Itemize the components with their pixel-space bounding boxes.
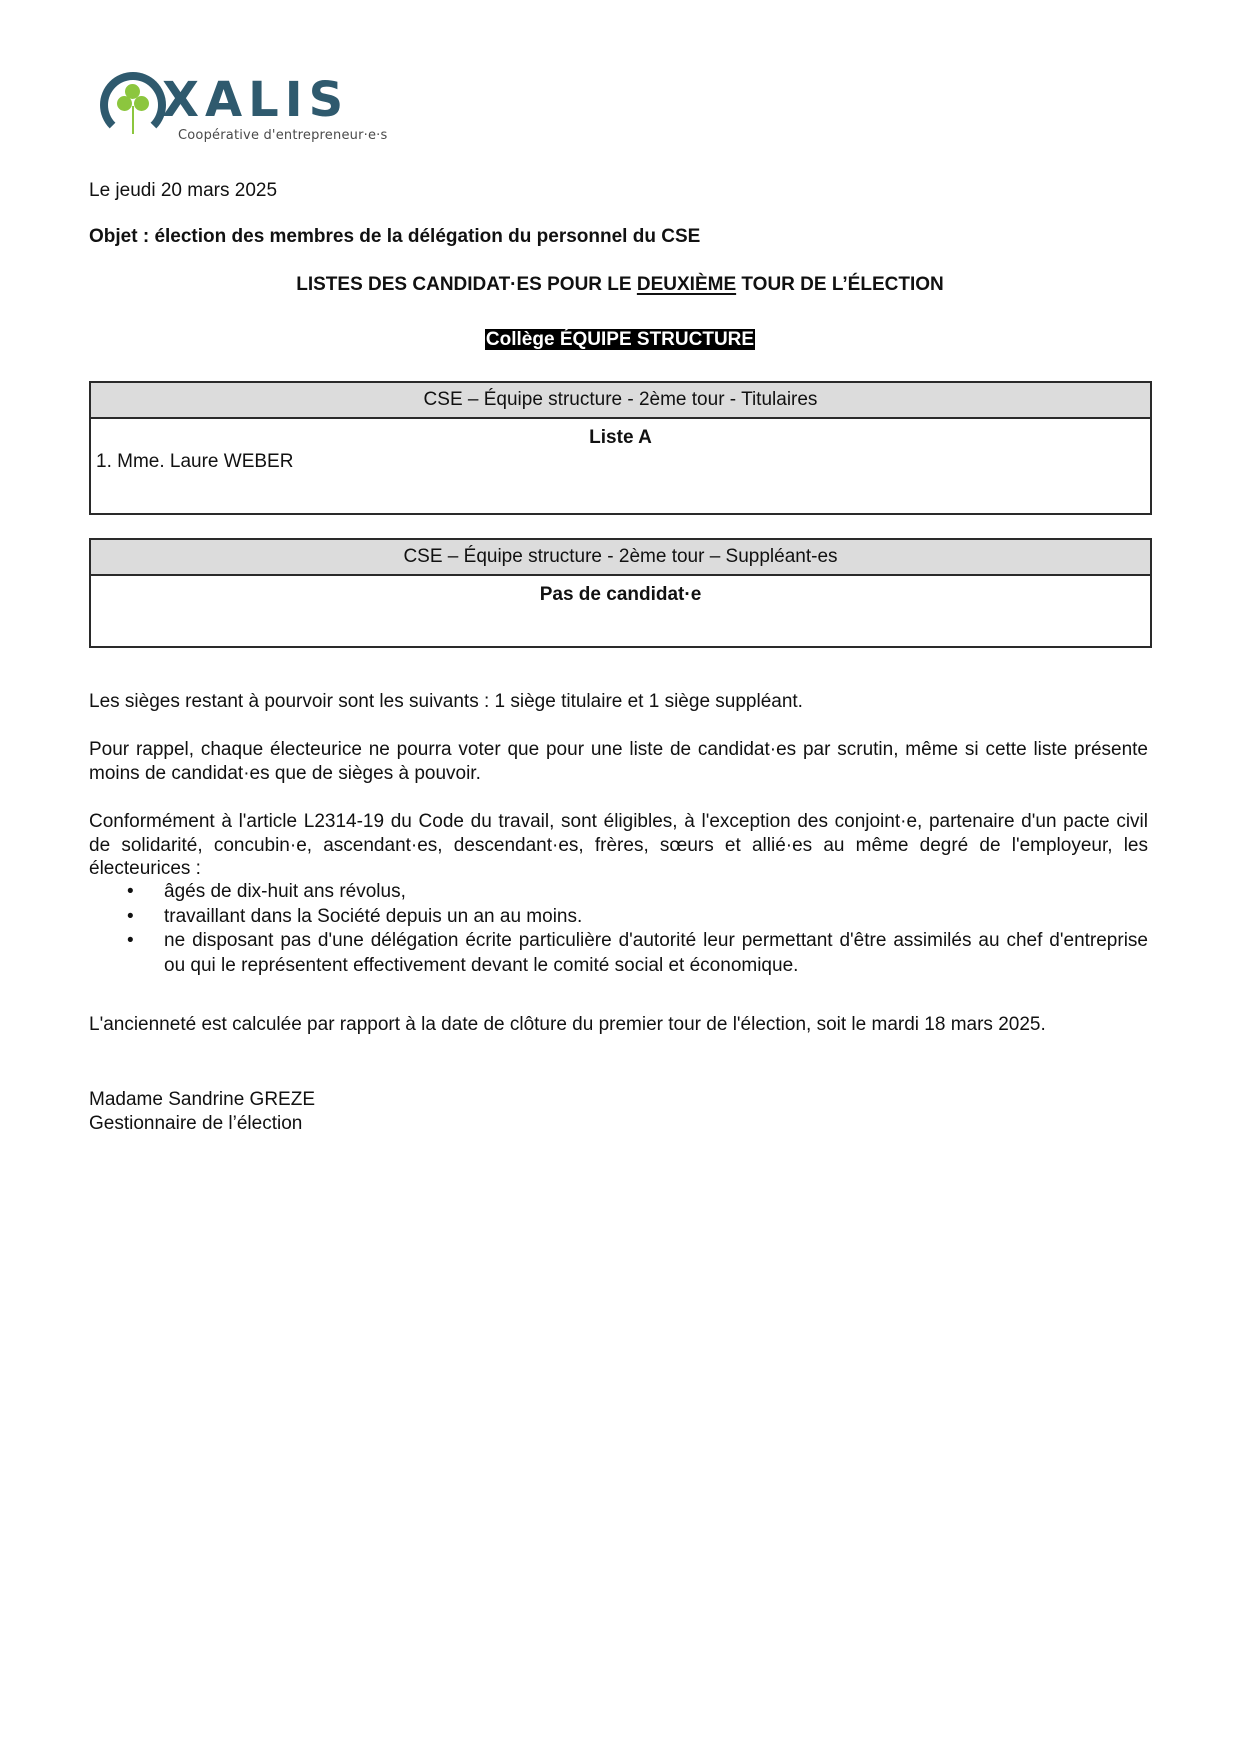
seniority-paragraph: L'ancienneté est calculée par rapport à … xyxy=(89,1013,1148,1037)
title-part-1: LISTES DES CANDIDAT·ES POUR LE xyxy=(296,274,637,295)
signatory-role: Gestionnaire de l’élection xyxy=(89,1112,1148,1136)
no-candidate-note: Pas de candidat·e xyxy=(91,584,1150,606)
suppleants-table: CSE – Équipe structure - 2ème tour – Sup… xyxy=(89,538,1152,648)
letter-date: Le jeudi 20 mars 2025 xyxy=(89,179,277,202)
list-item: •âgés de dix-huit ans révolus, xyxy=(89,880,1148,905)
document-title: LISTES DES CANDIDAT·ES POUR LE DEUXIÈME … xyxy=(0,273,1240,296)
titulaires-table: CSE – Équipe structure - 2ème tour - Tit… xyxy=(89,381,1152,515)
candidate-item: 1. Mme. Laure WEBER xyxy=(96,451,293,473)
logo-tagline: Coopérative d'entrepreneur·e·s xyxy=(178,128,387,143)
bullet-icon: • xyxy=(127,929,134,954)
table-header: CSE – Équipe structure - 2ème tour - Tit… xyxy=(91,383,1150,419)
list-item: •ne disposant pas d'une délégation écrit… xyxy=(89,929,1148,978)
eligibility-paragraph: Conformément à l'article L2314-19 du Cod… xyxy=(89,810,1148,881)
reminder-paragraph: Pour rappel, chaque électeurice ne pourr… xyxy=(89,738,1148,785)
list-item: •travaillant dans la Société depuis un a… xyxy=(89,905,1148,930)
title-underlined: DEUXIÈME xyxy=(637,274,736,295)
signatory-name: Madame Sandrine GREZE xyxy=(89,1088,1148,1112)
title-part-2: TOUR DE L’ÉLECTION xyxy=(736,274,944,295)
oxalis-logo: XALIS Coopérative d'entrepreneur·e·s xyxy=(98,68,388,148)
bullet-icon: • xyxy=(127,905,134,930)
seats-paragraph: Les sièges restant à pourvoir sont les s… xyxy=(89,690,1148,714)
letter-subject: Objet : élection des membres de la délég… xyxy=(89,225,700,248)
college-label: Collège ÉQUIPE STRUCTURE xyxy=(485,329,755,350)
eligibility-list: •âgés de dix-huit ans révolus, •travaill… xyxy=(89,880,1148,978)
table-header: CSE – Équipe structure - 2ème tour – Sup… xyxy=(91,540,1150,576)
logo-wordmark: XALIS xyxy=(162,72,349,128)
bullet-icon: • xyxy=(127,880,134,905)
list-name: Liste A xyxy=(91,427,1150,449)
college-banner: Collège ÉQUIPE STRUCTURE xyxy=(0,327,1240,352)
